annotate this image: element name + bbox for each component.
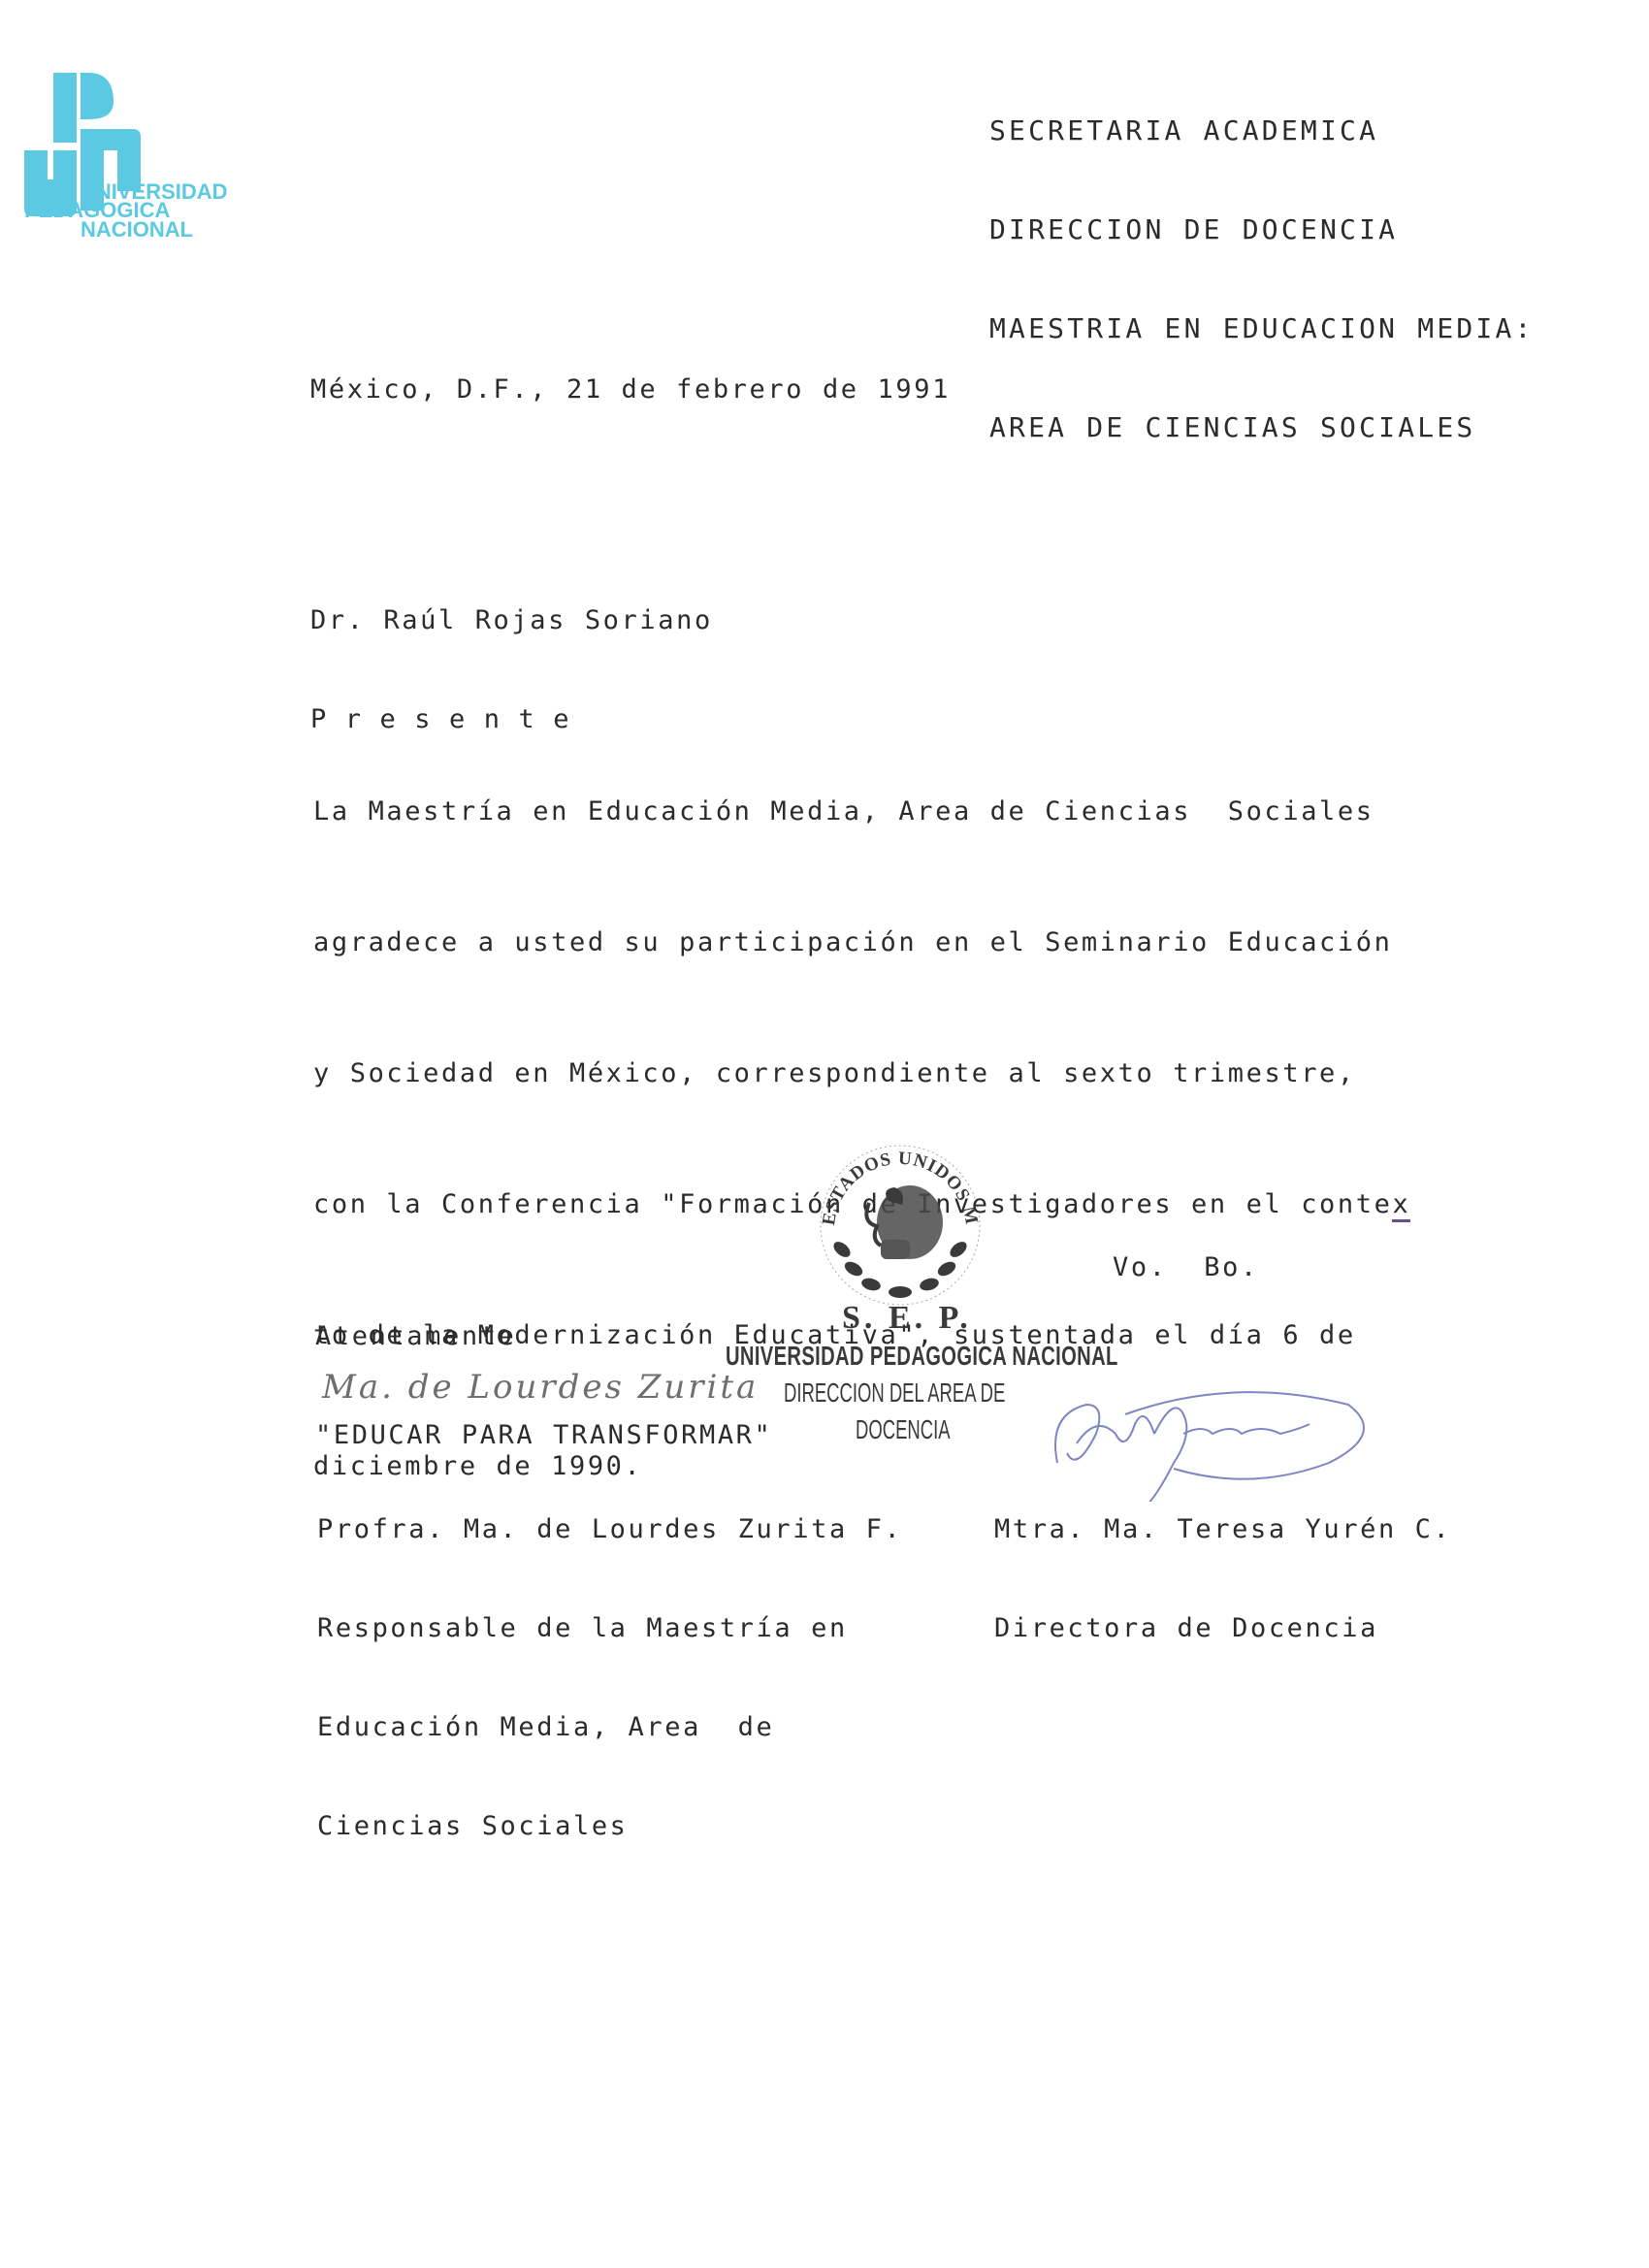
- handwritten-signature-icon: Ma. de Lourdes Zurita F.: [318, 1353, 764, 1421]
- signatory-right-name: Mtra. Ma. Teresa Yurén C.: [994, 1513, 1451, 1546]
- signatory-right: Mtra. Ma. Teresa Yurén C. Directora de D…: [994, 1447, 1451, 1678]
- signatory-right-title: Directora de Docencia: [994, 1612, 1451, 1645]
- signatory-left-title: Responsable de la Maestría en: [317, 1612, 902, 1645]
- stamp-sep-abbr: S. E. P.: [842, 1300, 972, 1337]
- header-line: DIRECCION DE DOCENCIA: [989, 213, 1535, 246]
- body-line: agradece a usted su participación en el …: [313, 926, 1410, 991]
- approval-label: Vo. Bo.: [1113, 1251, 1259, 1284]
- closing-text: Atentamente: [315, 1320, 772, 1353]
- stamp-department: DIRECCION DEL AREA DE: [784, 1377, 1005, 1409]
- body-line: y Sociedad en México, correspondiente al…: [313, 1057, 1410, 1122]
- stamp-department-cont: DOCENCIA: [856, 1414, 951, 1445]
- official-seal: ESTADOS UNIDOS MEXICANOS: [813, 1133, 987, 1308]
- signatory-left-title: Educación Media, Area de: [317, 1711, 902, 1744]
- body-line: La Maestría en Educación Media, Area de …: [313, 795, 1410, 860]
- header-line: SECRETARIA ACADEMICA: [989, 114, 1535, 147]
- university-logo: UNIVERSIDAD PEDAGOGICA NACIONAL: [24, 73, 257, 257]
- logo-text-nacional: NACIONAL: [81, 219, 193, 241]
- signature-left-text: Ma. de Lourdes Zurita F.: [321, 1368, 764, 1407]
- signatory-left-title: Ciencias Sociales: [317, 1810, 902, 1843]
- mexican-coat-of-arms-icon: ESTADOS UNIDOS MEXICANOS: [813, 1133, 987, 1308]
- signature-left: Ma. de Lourdes Zurita F.: [318, 1353, 764, 1425]
- header-line: AREA DE CIENCIAS SOCIALES: [989, 411, 1535, 444]
- stamp-institution: UNIVERSIDAD PEDAGOGICA NACIONAL: [726, 1341, 1118, 1372]
- signatory-left: Profra. Ma. de Lourdes Zurita F. Respons…: [317, 1447, 902, 1876]
- letterhead-department: SECRETARIA ACADEMICA DIRECCION DE DOCENC…: [989, 49, 1535, 477]
- header-line: MAESTRIA EN EDUCACION MEDIA:: [989, 312, 1535, 345]
- recipient-name: Dr. Raúl Rojas Soriano: [310, 604, 713, 637]
- date-line: México, D.F., 21 de febrero de 1991: [310, 373, 951, 406]
- signatory-left-name: Profra. Ma. de Lourdes Zurita F.: [317, 1513, 902, 1546]
- underlined-hyphen-char: x: [1392, 1189, 1410, 1222]
